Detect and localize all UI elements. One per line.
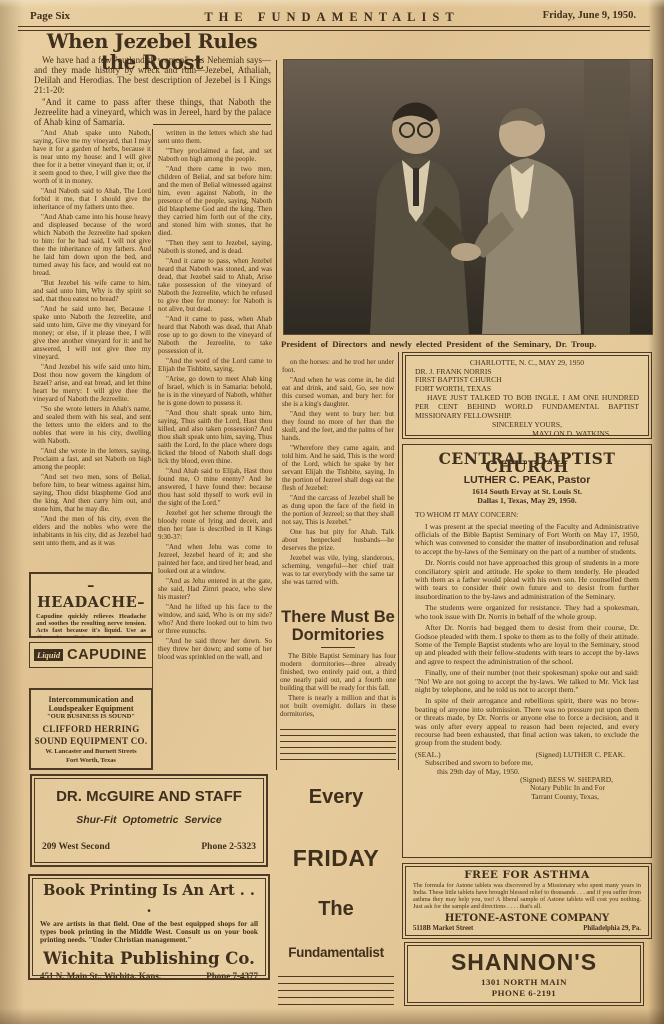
- mcguire-phone: Phone 2-5323: [201, 842, 256, 852]
- paragraph: "And when Jehu was come to Jezreel, Jeze…: [158, 543, 272, 575]
- asthma-body: The formula for Astone tablets was disco…: [413, 883, 641, 911]
- paragraph: "And the men of his city, even the elder…: [33, 515, 151, 547]
- paragraph: Jezebel got her scheme through the blood…: [158, 509, 272, 541]
- notary-line: Tarrant County, Texas,: [415, 793, 639, 801]
- dormitories-body: The Bible Baptist Seminary has four mode…: [280, 652, 396, 718]
- church-city-date: Dallas 1, Texas, May 29, 1950.: [415, 496, 639, 505]
- signature: (Signed) LUTHER C. PEAK.: [536, 751, 625, 759]
- asthma-city: Philadelphia 29, Pa.: [583, 925, 641, 932]
- article-column-2: written in the letters which she had sen…: [158, 129, 272, 769]
- mcguire-title: DR. McGUIRE AND STAFF: [42, 788, 256, 805]
- book-printing-ad: Book Printing Is An Art . . . We are art…: [28, 874, 270, 980]
- paragraph: One has but pity for Ahab. Talk about he…: [282, 528, 394, 552]
- paragraph: "And Ahab came into his house heavy and …: [33, 213, 151, 277]
- promo-line: The: [278, 898, 394, 921]
- herring-sound-ad: Intercommunication and Loudspeaker Equip…: [29, 688, 153, 770]
- paragraph: The Bible Baptist Seminary has four mode…: [280, 652, 396, 692]
- promo-line: Fundamentalist: [278, 945, 394, 960]
- capudine-brand-name: CAPUDINE: [67, 647, 147, 663]
- notary-line: (Signed) BESS W. SHEPARD,: [415, 776, 639, 784]
- asthma-address: 5118B Market Street: [413, 925, 473, 932]
- photo-caption: President of Directors and newly elected…: [281, 339, 653, 349]
- page-edge-shadow-bottom: [0, 1008, 664, 1024]
- paragraph: I was present at the special meeting of …: [415, 523, 639, 557]
- paragraph: "Then they sent to Jezebel, saying, Nabo…: [158, 239, 272, 255]
- photo-illustration: [284, 60, 652, 334]
- headache-ad: HEADACHE Capudine quickly relieves Heada…: [29, 572, 153, 638]
- issue-date: Friday, June 9, 1950.: [543, 10, 636, 21]
- paragraph: "And thou shalt speak unto him, saying, …: [158, 409, 272, 465]
- wichita-publishing-name: Wichita Publishing Co.: [40, 949, 258, 968]
- paragraph: "Wherefore they came again, and told him…: [282, 444, 394, 492]
- telegram-recipient: FORT WORTH, TEXAS: [415, 385, 639, 394]
- paragraph: In spite of their arrogance and rebellio…: [415, 697, 639, 747]
- paragraph: "And Naboth said to Ahab, The Lord forbi…: [33, 187, 151, 211]
- paragraph: "And set two men, sons of Belial, before…: [33, 473, 151, 513]
- mcguire-address: 209 West Second: [42, 842, 110, 852]
- paragraph: "And it came to pass after these things,…: [34, 97, 271, 125]
- paragraph: Jezebel was vile, lying, slanderous, sch…: [282, 554, 394, 586]
- headache-ad-title: HEADACHE: [36, 577, 146, 611]
- paragraph: Finally, one of their number (not their …: [415, 669, 639, 694]
- herring-slogan: "OUR BUSINESS IS SOUND": [34, 713, 148, 722]
- dormitories-section: There Must Be Dormitories The Bible Bapt…: [280, 609, 396, 764]
- herring-line: Intercommunication and: [34, 695, 148, 704]
- article-column-3: on the horses: and he trod her under foo…: [282, 358, 394, 606]
- mcguire-subtitle: Shur-Fit Optometric Service: [42, 814, 256, 826]
- headache-ad-body: Capudine quickly relieves Headache and s…: [36, 613, 146, 638]
- paragraph: "And when he was come in, he did eat and…: [282, 376, 394, 408]
- herring-company: SOUND EQUIPMENT CO.: [34, 736, 148, 746]
- herring-line: Loudspeaker Equipment: [34, 704, 148, 713]
- paragraph: "And there came in two men, children of …: [158, 165, 272, 237]
- central-baptist-letter: CENTRAL BAPTIST CHURCH LUTHER C. PEAK, P…: [402, 444, 652, 858]
- page-edge-highlight-top: [0, 0, 664, 8]
- promo-line: FRIDAY: [278, 845, 394, 872]
- shannons-phone: PHONE 6-2191: [415, 988, 633, 998]
- column-rule: [276, 60, 277, 770]
- headline-rule: [321, 647, 355, 648]
- every-friday-promo: Every FRIDAY The Fundamentalist: [278, 780, 394, 1008]
- asthma-title: FREE FOR ASTHMA: [413, 869, 641, 881]
- herring-address: W. Lancaster and Burnett Streets: [34, 748, 148, 755]
- dormitories-headline-line1: There Must Be: [280, 609, 396, 627]
- page-edge-shadow-left: [0, 0, 24, 1024]
- newspaper-page: Page Six THE FUNDAMENTALIST Friday, June…: [0, 0, 664, 1024]
- paragraph: Dr. Norris could not have approached thi…: [415, 559, 639, 601]
- shannons-address: 1301 NORTH MAIN: [415, 977, 633, 987]
- article-column-1: "And Ahab spake unto Naboth, saying, Giv…: [33, 129, 151, 570]
- letter-salutation: TO WHOM IT MAY CONCERN:: [415, 511, 639, 519]
- paragraph: We have had a few "outlandish women"—as …: [34, 55, 271, 95]
- asthma-ad: FREE FOR ASTHMA The formula for Astone t…: [402, 863, 652, 939]
- paragraph: "And she wrote in the letters, saying, P…: [33, 447, 151, 471]
- paragraph: The students were organized for resistan…: [415, 604, 639, 621]
- paragraph: "And as Jehu entered in at the gate, she…: [158, 577, 272, 601]
- shannons-title: SHANNON'S: [415, 949, 633, 976]
- paragraph: "And they went to bury her: but they fou…: [282, 410, 394, 442]
- wichita-address: 451 N. Main St., Wichita, Kans.: [40, 971, 161, 980]
- herring-company: CLIFFORD HERRING: [34, 724, 148, 734]
- paragraph: "And Ahab said to Elijah, Hast thou foun…: [158, 467, 272, 507]
- capudine-liquid-label: Liquid: [34, 649, 63, 661]
- shannons-ad: SHANNON'S 1301 NORTH MAIN PHONE 6-2191: [404, 942, 644, 1006]
- paragraph: "And it came to pass, when Ahab heard th…: [158, 315, 272, 355]
- paragraph: After Dr. Norris had begged them to desi…: [415, 624, 639, 666]
- book-printing-body: We are artists in that field. One of the…: [40, 920, 258, 945]
- telegram-body: HAVE JUST TALKED TO BOB INGLE. I AM ONE …: [415, 394, 639, 420]
- column-rule: [398, 352, 399, 770]
- paragraph: "So she wrote letters in Ahab's name, an…: [33, 405, 151, 445]
- capudine-brand-strip: Liquid CAPUDINE: [29, 642, 153, 668]
- paragraph: "But Jezebel his wife came to him, and s…: [33, 279, 151, 303]
- letter-body: I was present at the special meeting of …: [415, 523, 639, 748]
- column-rule: [152, 129, 153, 769]
- church-address: 1614 South Ervay at St. Louis St.: [415, 487, 639, 496]
- paragraph: "They proclaimed a fast, and set Naboth …: [158, 147, 272, 163]
- article-intro: We have had a few "outlandish women"—as …: [34, 55, 271, 125]
- herring-city: Fort Worth, Texas: [34, 757, 148, 764]
- paragraph: written in the letters which she had sen…: [158, 129, 272, 145]
- wichita-phone: Phone 7-4377: [206, 971, 258, 980]
- filler-rules: [280, 724, 396, 764]
- telegram-box: CHARLOTTE, N. C., MAY 29, 1950 DR. J. FR…: [402, 352, 652, 439]
- paragraph: "And the carcass of Jezebel shall be as …: [282, 494, 394, 526]
- paragraph: "And he said unto her, Because I spake u…: [33, 305, 151, 361]
- paragraph: "And he lifted up his face to the window…: [158, 603, 272, 635]
- paragraph: There is nearly a million and that is no…: [280, 694, 396, 718]
- photo-handshake: [284, 60, 652, 334]
- paragraph: "And he said throw her down. So they thr…: [158, 637, 272, 661]
- paragraph: "Arise, go down to meet Ahab king of Isr…: [158, 375, 272, 407]
- asthma-company: HETONE-ASTONE COMPANY: [413, 913, 641, 924]
- dormitories-headline-line2: Dormitories: [280, 627, 396, 645]
- telegram-signature: MAYLON D. WATKINS.: [415, 430, 639, 439]
- notary-line: Notary Public In and For: [415, 784, 639, 792]
- pastor-name: LUTHER C. PEAK, Pastor: [415, 476, 639, 484]
- promo-line: Every: [278, 786, 394, 809]
- mcguire-ad: DR. McGUIRE AND STAFF Shur-Fit Optometri…: [30, 774, 268, 867]
- paragraph: "And it came to pass, when Jezebel heard…: [158, 257, 272, 313]
- paragraph: "And the word of the Lord came to Elijah…: [158, 357, 272, 373]
- paragraph: "And Ahab spake unto Naboth, saying, Giv…: [33, 129, 151, 185]
- intro-divider-rule: [153, 124, 271, 125]
- filler-rules: [278, 970, 394, 1006]
- paragraph: on the horses: and he trod her under foo…: [282, 358, 394, 374]
- church-name: CENTRAL BAPTIST CHURCH: [415, 455, 639, 472]
- paragraph: "And Jezebel his wife said unto him, Dos…: [33, 363, 151, 403]
- book-printing-title: Book Printing Is An Art . . .: [40, 882, 258, 916]
